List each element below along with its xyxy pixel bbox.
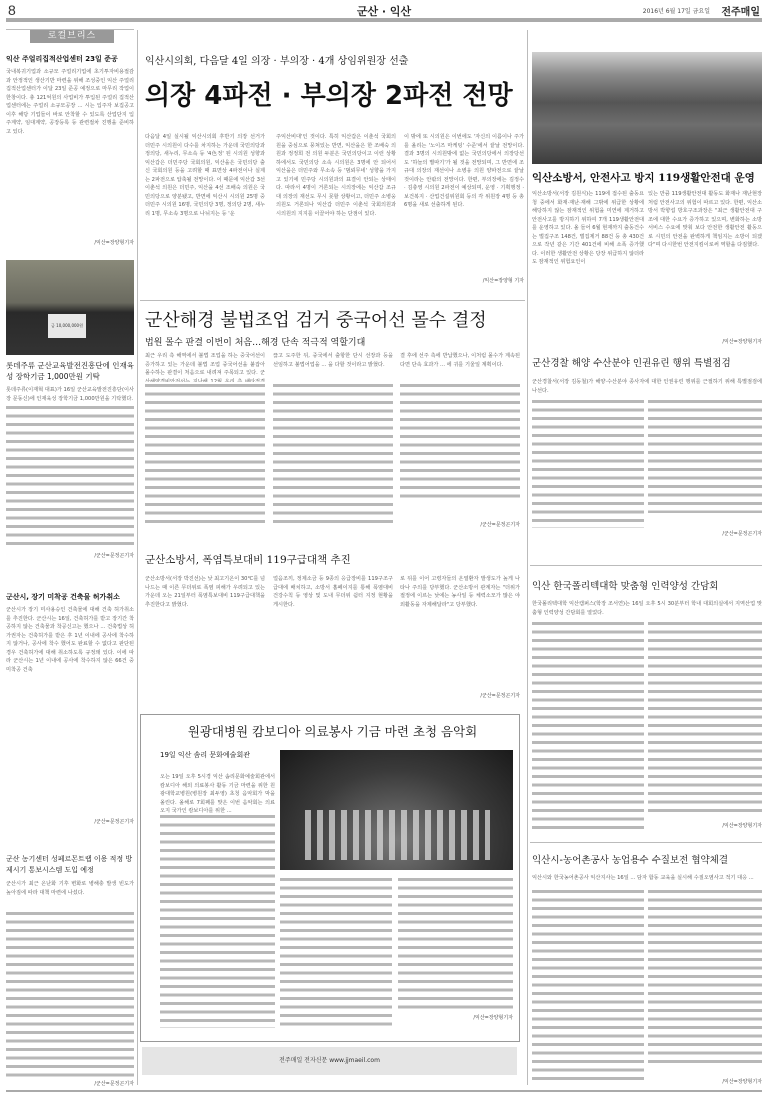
- fire-safety-body-col2: 있는 만큼 119생활안전대 활동도 화재나 재난현장처럼 안전사고의 위험이 …: [648, 190, 762, 308]
- heatwave-headline: 군산소방서, 폭염특보대비 119구급대책 추진: [145, 552, 351, 567]
- brief-2-title: 롯데주류 군산교육발전진흥단에 인재육성 장학기금 1,000만원 기탁: [6, 360, 136, 382]
- police-headline: 군산경찰 해양 수산분야 인권유린 행위 특별점검: [532, 355, 731, 369]
- heatwave-body-col1: 군산소방서(서장 박진선)는 낮 최고기온이 30℃를 넘나드는 때 이른 무더…: [145, 575, 265, 695]
- water-body: 익산시와 한국농어촌공사 익산지사는 16일 ... 담자 합동 교육을 실시해…: [532, 874, 762, 888]
- coast-guard-byline: /군산=문정곤기자: [400, 521, 520, 528]
- coast-guard-body-col1-cont: [145, 382, 265, 527]
- section-rule: [140, 300, 525, 301]
- polytech-body: 한국폴리텍대학 익산캠퍼스(학장 조서연)는 16일 오후 5시 30분부터 학…: [532, 600, 762, 620]
- header-rule: [6, 18, 762, 22]
- donation-photo: 금 10,000,000원: [6, 260, 134, 355]
- heatwave-byline: /군산=문정곤기자: [400, 692, 520, 699]
- lead-byline: /익산=장양형 기자: [404, 277, 524, 284]
- coast-guard-body-col1: 최근 우리 측 해역에서 불법 조업을 하는 중국어선이 증가하고 있는 가운데…: [145, 352, 265, 382]
- brief-4-title: 군산 농기센터 성페르몬트랩 이용 적정 방제시기 통보시스템 도입 예정: [6, 854, 136, 876]
- brief-2-body-cont: [6, 404, 134, 550]
- brief-1-body: 국내복귀기업과 소규모 주얼리기업에 초기투자비용절감과 안정적인 생산기반 마…: [6, 68, 134, 236]
- coast-guard-body-col2-cont: [273, 382, 393, 527]
- coast-guard-subheadline: 법원 몰수 판결 이번이 처음…해경 단속 적극적 역할기대: [145, 335, 365, 348]
- column-rule-right: [527, 30, 528, 1085]
- fire-safety-headline: 익산소방서, 안전사고 방지 119생활안전대 운영: [532, 170, 755, 185]
- police-byline: /군산=문정곤기자: [648, 530, 762, 537]
- police-body: 군산경찰서(서장 김동철)가 해양·수산분야 종사자에 대한 인권유린 행위를 …: [532, 378, 762, 398]
- polytech-headline: 익산 한국폴리텍대학 맞춤형 인력양성 간담회: [532, 578, 718, 592]
- brief-4-body-cont: [6, 910, 134, 1080]
- water-headline: 익산시-농어촌공사 농업용수 수질보전 협약체결: [532, 852, 728, 866]
- water-byline: /익산=장양형기자: [648, 1078, 762, 1085]
- brief-2-byline: /군산=문정곤기자: [6, 552, 134, 559]
- paper-name: 전주매일: [721, 3, 760, 18]
- column-rule: [137, 30, 138, 1085]
- section-rule-right-2: [530, 842, 762, 843]
- concert-body-col2-cont: [280, 876, 392, 1026]
- donation-check: 금 10,000,000원: [48, 314, 86, 338]
- brief-3-body: 군산시가 장기 미사용승인 건축물에 대해 건축 허가취소를 추진한다. 군산시…: [6, 606, 134, 796]
- brief-label: 로컬브리스: [30, 30, 114, 43]
- brief-3-title: 군산시, 장기 미착공 건축물 허가취소: [6, 592, 136, 602]
- concert-body-col1-cont: [160, 813, 275, 1028]
- polytech-byline: /익산=장양형기자: [648, 822, 762, 829]
- brief-3-byline: /군산=문정곤기자: [6, 818, 134, 825]
- concert-byline: /익산=장양형기자: [398, 1014, 513, 1021]
- choir-figures: [305, 810, 490, 860]
- concert-subheadline: 19일 익산 솜리 문화예술회관: [160, 750, 250, 760]
- heatwave-body-col3: 로 뒤를 이어 고령자들의 온열환자 발생도가 높게 나타나 주의를 당부했다.…: [400, 575, 520, 685]
- police-body-col2-cont: [648, 398, 762, 513]
- coast-guard-body-col2: 끊고 도주한 뒤, 중국에서 출항한 단시 선장과 등을 선임하고 불법어업을 …: [273, 352, 393, 382]
- coast-guard-headline: 군산해경 불법조업 검거 중국어선 몰수 결정: [145, 306, 487, 332]
- lead-body-col1: 다음달 4일 실시될 익산시의회 후반기 의장 선거가 더민주 시의원이 다수를…: [145, 133, 265, 281]
- water-body-col2-cont: [648, 888, 762, 1068]
- lead-headline: 의장 4파전 · 부의장 2파전 전망: [145, 75, 513, 112]
- polytech-body-col2-cont: [648, 620, 762, 815]
- lead-body-col3: 이 밖에 또 시의원은 이번에도 '자신의 이름이나 주가를 올리는 '노이즈 …: [404, 133, 524, 251]
- brief-1-byline: /익산=장양형기자: [6, 239, 134, 246]
- brief-4-body: 군산시가 최근 온난화 기후 변화로 병해충 발생 빈도가 높아짐에 따라 대책…: [6, 880, 134, 910]
- polytech-body-col1-cont: [532, 620, 644, 830]
- fire-safety-body-col1: 익산소방서(서장 김원식)는 119에 접수된 출동요청 중에서 화재·재난·재…: [532, 190, 644, 326]
- lead-kicker: 익산시의회, 다음달 4일 의장 · 부의장 · 4개 상임위원장 선출: [145, 52, 408, 67]
- brief-1-title: 익산 주얼리집적산업센터 23일 준공: [6, 54, 136, 64]
- issue-date: 2016년 6월 17일 금요일: [643, 6, 710, 15]
- fire-safety-photo: [532, 52, 762, 164]
- footer-rule: [6, 1090, 762, 1092]
- brief-4-byline: /군산=문정곤기자: [6, 1080, 134, 1087]
- police-body-col1-cont: [532, 398, 644, 528]
- section-rule-right: [530, 565, 762, 566]
- coast-guard-body-col3: 결 후에 선주 측에 반납했으나, 이처럼 몰수가 계속된다면 단속 효과가 .…: [400, 352, 520, 382]
- concert-headline: 원광대병원 캄보디아 의료봉사 기금 마련 초청 음악회: [150, 722, 515, 740]
- heatwave-body-col2: 얼음조끼, 정제소금 등 9종의 응급장비를 119구조구급대에 배치하고, 소…: [273, 575, 393, 695]
- concert-body-col3-cont: [398, 876, 513, 1011]
- footer-banner: 전주매일 전자신문 www.jjmaeil.com: [142, 1047, 517, 1075]
- water-body-col1-cont: [532, 888, 644, 1083]
- concert-photo: [280, 750, 513, 870]
- lead-body-col2: 주익산비대'인 것이다. 특히 익산갑은 이춘석 국회의원을 중심으로 뭉쳐있는…: [276, 133, 396, 281]
- coast-guard-body-col3-cont: [400, 382, 520, 502]
- concert-body-col1: 오는 19일 오후 5시경 익산 솜리문화예술회관에서 캄보디아 해외 의료봉사…: [160, 773, 275, 813]
- fire-safety-byline: /익산=장양형기자: [648, 338, 762, 345]
